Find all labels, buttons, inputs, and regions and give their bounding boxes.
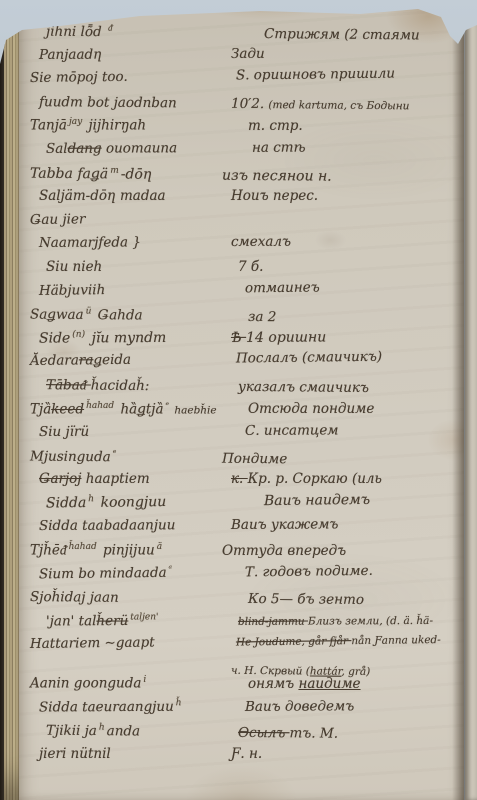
manuscript-lines: jiȟni lȭd ᵭСтрижям (2 стаямиPanjaadƞЗади…: [30, 24, 438, 770]
native-word: [30, 672, 231, 674]
handwritten-text: Aanin goonguda: [30, 676, 141, 692]
translation: Зади: [231, 45, 438, 60]
native-word: Sidda taabadaanjuu: [30, 518, 231, 533]
handwritten-text: Близъ земли, (d. ä. ȟä-: [308, 614, 433, 627]
handwritten-text: (med kartuma, съ Бодыни: [268, 99, 409, 112]
translation: за 2: [222, 309, 438, 325]
translation: Оттуда впередъ: [222, 544, 438, 558]
manuscript-line: Tanjājay jijhirŋahт. стр.: [30, 118, 438, 142]
handwritten-text: Ăedara: [30, 353, 79, 370]
handwritten-text: ǥeida: [93, 352, 131, 368]
manuscript-line: ĂedararaǥeidaПослалъ (смаичикъ): [30, 349, 438, 378]
handwritten-text: Ваиъ укажемъ: [231, 517, 339, 534]
manuscript-line: Siddah koongjuuВаиъ наидемъ: [30, 491, 438, 520]
next-page-edge: [465, 0, 477, 800]
handwritten-text: m: [110, 165, 119, 175]
translation: на стѣ: [238, 140, 438, 155]
translation: С. инсатцем: [231, 423, 438, 438]
native-word: jiȟni lȭd ᵭ: [30, 24, 238, 40]
handwritten-text: Tābaᵭ: [46, 377, 91, 393]
handwritten-text: Saǥwaa: [30, 307, 84, 323]
handwritten-text: на стѣ: [252, 140, 306, 156]
handwritten-text: koongjuu: [96, 494, 166, 511]
handwritten-text: 'jan' tal: [46, 613, 97, 629]
native-word: Tanjājay jijhirŋah: [30, 118, 222, 133]
handwritten-text: Panjaadƞ: [39, 46, 102, 62]
native-word: 'jan' talȟerütaljen': [30, 613, 238, 629]
native-word: Tjikii jahanda: [30, 723, 238, 739]
handwritten-text: Sal: [46, 141, 68, 157]
translation: Ѕ. оришновъ пришили: [222, 66, 438, 83]
translation: Т. годовъ подиме.: [231, 562, 438, 579]
handwritten-text: anda: [107, 723, 141, 739]
handwritten-text: Ваиъ наидемъ: [264, 491, 370, 508]
manuscript-line: jieri nütnilƑ. н.: [30, 747, 438, 771]
handwritten-text: изъ песянои н.: [222, 167, 332, 184]
handwritten-text: blind-jammu: [238, 615, 308, 627]
handwritten-text: ä: [157, 542, 162, 552]
native-word: Mjusingudaᵉ: [30, 449, 222, 465]
handwritten-text: Стрижям (2 стаями: [264, 26, 420, 43]
native-word: Tābaᵭ ȟacidaȟ:: [30, 378, 238, 394]
handwritten-text: dang: [68, 141, 102, 157]
handwritten-text: , grå): [341, 666, 370, 678]
translation: Ѣ 14 оришни: [231, 329, 438, 345]
translation: Не Joudume, går fjår nån Ƒanna uked-: [222, 632, 441, 649]
handwritten-text: тъ. М.: [289, 725, 338, 741]
manuscript-line: Saldang ouomaunaна стѣ: [30, 140, 438, 166]
translation: Пондиме: [222, 451, 438, 467]
handwritten-text: Side: [39, 330, 70, 346]
translation: 10′2. (med kartuma, съ Бодыни: [231, 97, 438, 113]
handwritten-text: Sidda taabadaanjuu: [39, 518, 176, 535]
handwritten-text: jĭu myndm: [87, 330, 166, 346]
handwritten-text: Т. годовъ подиме.: [245, 562, 373, 580]
handwritten-text: за 2: [248, 309, 276, 325]
native-word: Naamarjfeda }: [30, 235, 231, 250]
translation: Ваиъ наидемъ: [238, 492, 438, 509]
handwritten-text: ȟerü: [96, 613, 128, 629]
handwritten-text: keed: [51, 401, 84, 417]
handwritten-text: указалъ смаичикъ: [238, 379, 369, 396]
handwritten-text: 14 оришни: [246, 329, 326, 345]
manuscript-line: Sidda taabadaanjuuВаиъ укажемъ: [30, 517, 438, 543]
native-word: Siu nieh: [30, 260, 238, 274]
manuscript-line: Sium bo mindaadaᵃТ. годовъ подиме.: [30, 562, 438, 591]
native-word: Siu jïrü: [30, 424, 231, 439]
translation: смехалъ: [231, 234, 438, 249]
manuscript-line: Aanin goongudaiонямъ наидиме: [30, 676, 438, 700]
native-word: Siddah koongjuu: [30, 493, 238, 511]
native-word: Saǥwaaü Ǥahda: [30, 307, 222, 323]
handwritten-text: haebȟie: [171, 404, 217, 416]
native-word: Tjȁkeedȟahad hȁǥtjȁᵉ haebȟie: [30, 402, 222, 417]
native-word: jieri nütnil: [30, 747, 231, 761]
handwritten-text: Sium bo mindaada: [39, 564, 167, 582]
handwritten-text: ᵭ: [108, 24, 113, 34]
handwritten-text: ᵉ: [113, 448, 117, 458]
handwritten-text: Sidda: [46, 495, 87, 511]
handwritten-text: 7 б.: [238, 259, 263, 275]
handwritten-text: Sidda taeuraangjuu: [39, 698, 174, 715]
native-word: fuudm bot jaodnban: [30, 95, 231, 111]
manuscript-line: MjusingudaᵉПондиме: [30, 449, 438, 476]
handwritten-text: Ѣ: [231, 329, 246, 345]
manuscript-line: Siu jïrüС. инсатцем: [30, 423, 438, 449]
handwritten-text: Ѕ. оришновъ пришили: [236, 66, 395, 84]
handwritten-text: Hattariem ~gaapt: [30, 635, 155, 653]
native-word: Ǥarjoj haaptiem: [30, 472, 231, 486]
manuscript-line: Hattariem ~gaaptНе Joudume, går fjår nån…: [30, 632, 438, 661]
native-word: Ǥau jier: [30, 210, 222, 227]
handwritten-text: Ваиъ доведемъ: [245, 697, 354, 714]
handwritten-text: ч. Н. Скрвый (: [231, 665, 310, 678]
handwritten-text: Ǥarjoj: [39, 471, 81, 487]
handwritten-text: pinjijuu: [99, 543, 155, 559]
native-word: Sium bo mindaadaᵃ: [30, 564, 231, 581]
handwritten-text: jieri nütnil: [39, 746, 111, 762]
handwritten-text: taljen': [130, 612, 158, 622]
handwritten-text: h: [99, 723, 105, 733]
native-word: Häbjuviih: [30, 281, 231, 298]
handwritten-text: ȟ: [176, 698, 182, 708]
translation: Ваиъ доведемъ: [231, 698, 438, 713]
native-word: Sidda taeuraangjuuȟ: [30, 699, 231, 715]
native-word: Sie mōpoj too.: [30, 69, 222, 86]
translation: [222, 219, 438, 222]
page-stack-edge: [4, 0, 20, 800]
manuscript-page: jiȟni lȭd ᵭСтрижям (2 стаямиPanjaadƞЗади…: [19, 0, 464, 800]
handwritten-text: Зади: [231, 45, 265, 61]
native-word: Tjȟēᵭȟahad pinjijuuä: [30, 543, 222, 558]
handwritten-text: Sjoȟidaj jaan: [30, 589, 119, 606]
handwritten-text: Tjȟēᵭ: [30, 543, 67, 559]
handwritten-text: Tjȁ: [30, 401, 51, 417]
handwritten-text: смехалъ: [231, 234, 291, 250]
notebook: jiȟni lȭd ᵭСтрижям (2 стаямиPanjaadƞЗади…: [0, 0, 477, 800]
handwritten-text: Tabba faǥä: [30, 165, 108, 182]
manuscript-line: Sidda taeuraangjuuȟВаиъ доведемъ: [30, 697, 438, 723]
manuscript-line: Ǥau jier: [30, 208, 438, 237]
handwritten-text: ra: [79, 353, 94, 369]
handwritten-text: (n): [72, 329, 85, 339]
handwritten-text: ᵃ: [169, 564, 173, 574]
native-word: Tabba faǥäm-dōƞ: [30, 166, 222, 183]
manuscript-line: Naamarjfeda }смехалъ: [30, 234, 438, 260]
manuscript-line: Tjikii jahandaѲсылъ тъ. М.: [30, 723, 438, 750]
translation: 7 б.: [238, 260, 438, 274]
handwritten-text: Tjikii ja: [46, 723, 97, 739]
handwritten-text: ü: [86, 307, 92, 317]
manuscript-line: Sie mōpoj too.Ѕ. оришновъ пришили: [30, 66, 438, 95]
handwritten-text: Siu jïrü: [39, 424, 89, 440]
handwritten-text: отмаинеъ: [245, 279, 320, 296]
handwritten-text: Послалъ (смаичикъ): [236, 349, 382, 367]
handwritten-text: Tanjā: [30, 118, 67, 134]
translation: Послалъ (смаичикъ): [222, 349, 438, 366]
handwritten-text: Пондиме: [222, 450, 287, 467]
handwritten-text: jijhirŋah: [84, 118, 146, 134]
gutter-shadow: [452, 0, 466, 800]
handwritten-text: Häbjuviih: [39, 282, 106, 299]
translation: Ко 5— бъ зенто: [222, 592, 438, 608]
handwritten-text: h: [88, 494, 94, 504]
native-word: Saldang ouomauna: [30, 141, 238, 156]
translation: указалъ смаичикъ: [238, 380, 438, 396]
translation: изъ песянои н.: [222, 168, 438, 185]
native-word: Side(n) jĭu myndm: [30, 330, 231, 346]
handwritten-text: Naamarjfeda }: [39, 235, 141, 252]
manuscript-line: Häbjuviihотмаинеъ: [30, 279, 438, 308]
handwritten-text: Mjusinguda: [30, 448, 111, 465]
native-word: Aanin goongudai: [30, 676, 222, 691]
handwritten-text: Оттуда впередъ: [222, 543, 346, 559]
manuscript-line: Tabba faǥäm-dōƞизъ песянои н.: [30, 166, 438, 193]
native-word: Saljäm-dōƞ madaa: [30, 189, 231, 203]
native-word: Hattariem ~gaapt: [30, 635, 222, 652]
handwritten-text: hattár: [310, 665, 342, 677]
handwritten-text: haaptiem: [81, 471, 149, 487]
handwritten-text: Ко 5— бъ зенто: [248, 591, 364, 608]
handwritten-text: -dōƞ: [121, 166, 152, 182]
handwritten-text: jiȟni lȭd: [46, 24, 106, 41]
handwritten-text: ȟacidaȟ:: [91, 377, 150, 394]
translation: Ѳсылъ тъ. М.: [238, 726, 438, 742]
handwritten-text: nån Ƒanna uked-: [351, 634, 441, 647]
manuscript-line: fuudm bot jaodnban10′2. (med kartuma, съ…: [30, 95, 438, 122]
handwritten-text: Ѳсылъ: [238, 725, 290, 741]
handwritten-text: Sie mōpoj too.: [30, 69, 128, 86]
handwritten-text: ȟahad: [69, 542, 97, 552]
handwritten-text: Ǥau jier: [30, 211, 86, 228]
handwritten-text: Ǥahda: [93, 307, 142, 323]
manuscript-line: Tjȁkeedȟahad hȁǥtjȁᵉ haebȟieОтсюда понди…: [30, 402, 438, 426]
handwritten-text: Siu nieh: [46, 259, 102, 275]
translation: Стрижям (2 стаями: [238, 26, 438, 42]
translation: отмаинеъ: [231, 279, 438, 296]
native-word: Panjaadƞ: [30, 47, 231, 62]
translation: ч. Н. Скрвый (hattár, grå): [231, 663, 438, 679]
native-word: Ăedararaǥeida: [30, 352, 222, 369]
handwritten-text: Не Joudume, går fjår: [236, 636, 352, 649]
handwritten-text: hȁǥtjȁ: [116, 401, 163, 417]
native-word: Sjoȟidaj jaan: [30, 590, 222, 606]
handwritten-text: С. инсатцем: [245, 422, 339, 438]
translation: blind-jammu Близъ земли, (d. ä. ȟä-: [238, 612, 438, 627]
handwritten-text: 10′2.: [231, 96, 269, 112]
handwritten-text: fuudm bot jaodnban: [39, 94, 177, 111]
translation: Ваиъ укажемъ: [231, 517, 438, 532]
manuscript-line: Tābaᵭ ȟacidaȟ:указалъ смаичикъ: [30, 378, 438, 405]
handwritten-text: ouomauna: [102, 140, 178, 156]
